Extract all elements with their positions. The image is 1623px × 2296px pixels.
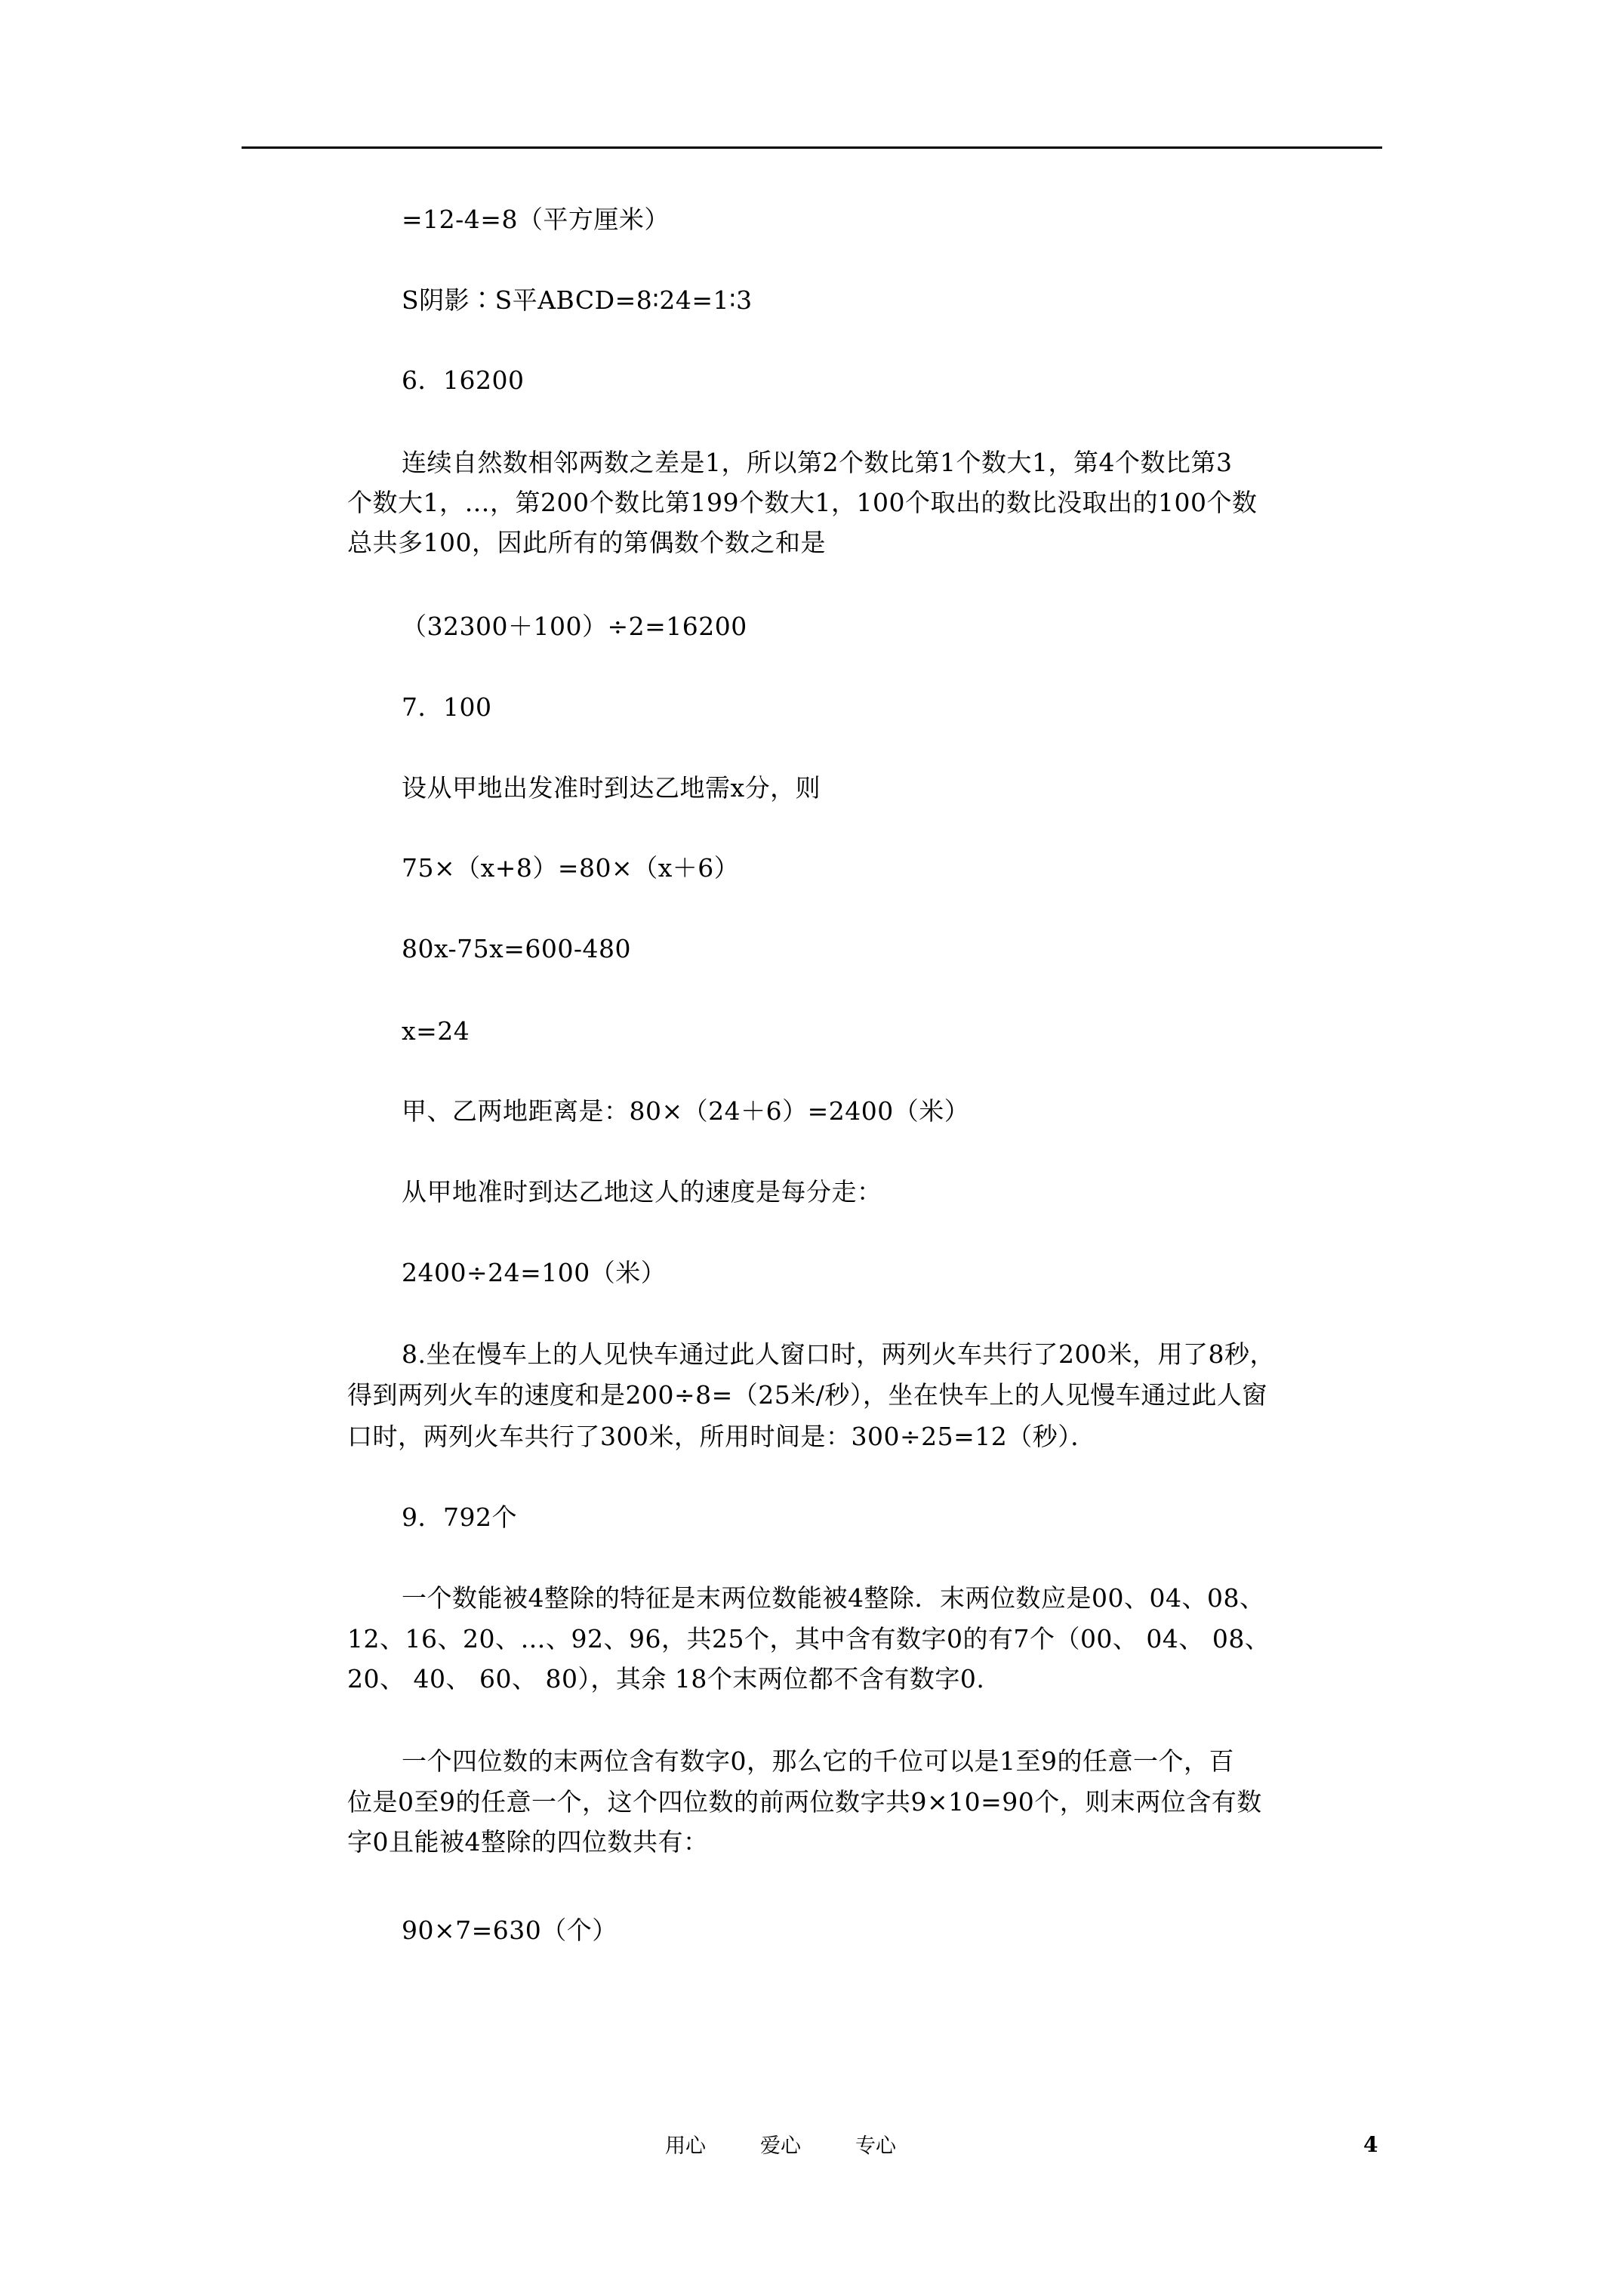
answer-heading: 9．792个 <box>402 1502 517 1533</box>
text-line: 个数大1，…，第200个数比第199个数大1，100个取出的数比没取出的100个… <box>347 488 1257 518</box>
equation-line: x=24 <box>402 1016 470 1046</box>
text-line: 从甲地准时到达乙地这人的速度是每分走： <box>402 1177 882 1207</box>
text-line: 甲、乙两地距离是：80×（24＋6）=2400（米） <box>402 1096 969 1126</box>
text-line: 总共多100，因此所有的第偶数个数之和是 <box>347 528 826 558</box>
text-line: 连续自然数相邻两数之差是1，所以第2个数比第1个数大1，第4个数比第3 <box>402 448 1232 478</box>
text-line: 一个四位数的末两位含有数字0，那么它的千位可以是1至9的任意一个，百 <box>402 1746 1234 1777</box>
text-line: 12、16、20、…、92、96，共25个，其中含有数字0的有7个（00、 04… <box>347 1624 1270 1654</box>
page-number: 4 <box>1363 2131 1378 2159</box>
text-line: =12-4=8（平方厘米） <box>402 205 670 235</box>
footer-motto-item: 爱心 <box>760 2132 801 2161</box>
equation-line: 80x-75x=600-480 <box>402 934 631 964</box>
text-line: 字0且能被4整除的四位数共有： <box>347 1827 709 1857</box>
header-rule <box>242 146 1382 149</box>
text-line: S阴影∶S平ABCD=8∶24=1∶3 <box>402 285 753 316</box>
equation-line: 75×（x+8）=80×（x＋6） <box>402 853 739 883</box>
footer-motto-item: 用心 <box>665 2132 706 2161</box>
text-line: 得到两列火车的速度和是200÷8=（25米/秒），坐在快车上的人见慢车通过此人窗 <box>347 1380 1267 1410</box>
answer-heading: 7．100 <box>402 692 491 723</box>
equation-line: （32300＋100）÷2=16200 <box>402 612 747 642</box>
footer-motto-item: 专心 <box>855 2132 896 2161</box>
answer-heading: 6．16200 <box>402 365 524 396</box>
footer-motto: 用心爱心专心 <box>665 2132 950 2161</box>
text-line: 8.坐在慢车上的人见快车通过此人窗口时，两列火车共行了200米，用了8秒， <box>402 1339 1275 1370</box>
equation-line: 2400÷24=100（米） <box>402 1258 666 1288</box>
text-line: 设从甲地出发准时到达乙地需x分，则 <box>402 773 821 803</box>
equation-line: 90×7=630（个） <box>402 1915 617 1946</box>
text-line: 20、 40、 60、 80），其余 18个末两位都不含有数字0. <box>347 1664 984 1694</box>
text-line: 位是0至9的任意一个，这个四位数的前两位数字共9×10=90个，则末两位含有数 <box>347 1787 1262 1817</box>
text-line: 口时，两列火车共行了300米，所用时间是：300÷25=12（秒）． <box>347 1422 1096 1452</box>
text-line: 一个数能被4整除的特征是末两位数能被4整除．末两位数应是00、04、08、 <box>402 1583 1264 1613</box>
